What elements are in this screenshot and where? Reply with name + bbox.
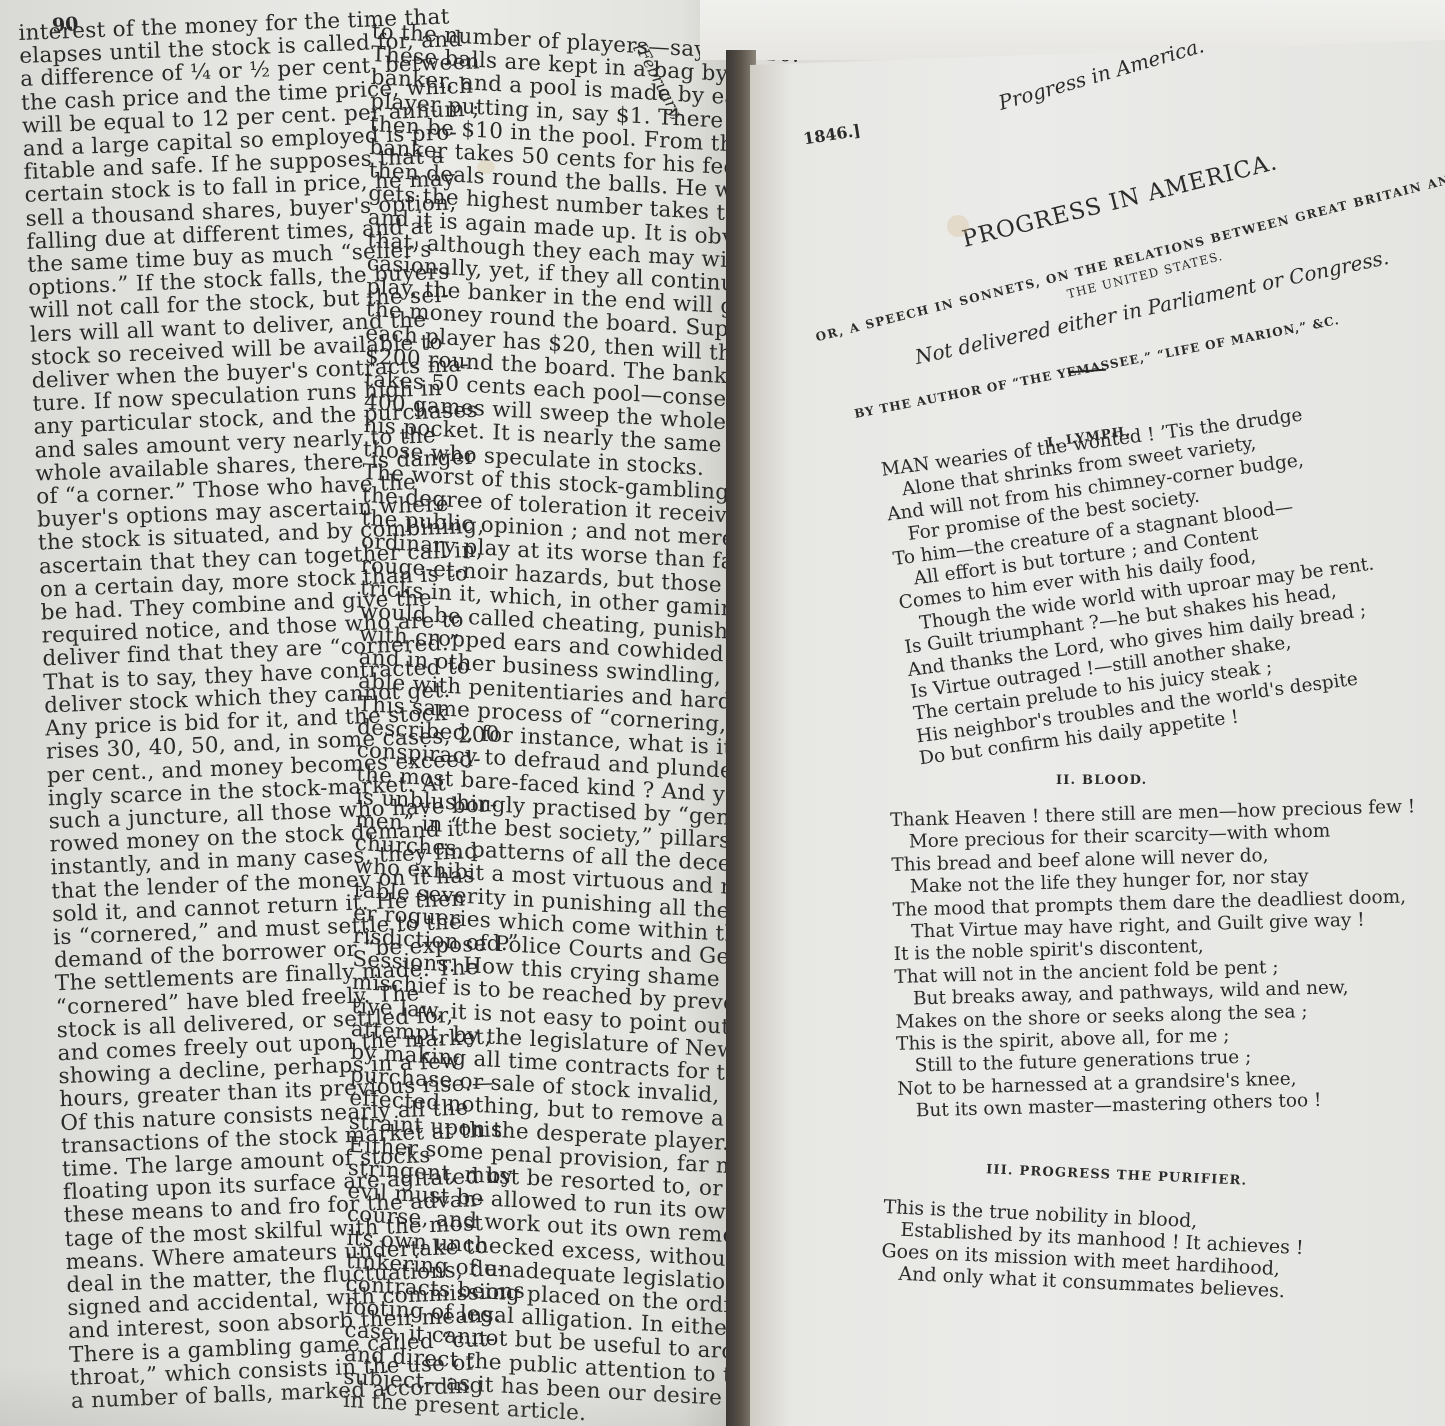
text-line: in the present article. xyxy=(343,1389,673,1426)
page-stain xyxy=(477,160,495,174)
sonnet-1: MAN wearies of the wonted ! ’Tis the dru… xyxy=(880,398,1393,771)
left-page: 90 interest of the money for the time th… xyxy=(0,0,740,1426)
text-line: a number of balls, marked according xyxy=(71,1377,412,1413)
section-heading-2: II. BLOOD. xyxy=(1056,773,1147,788)
page-stain xyxy=(947,215,969,237)
sonnet-2: Thank Heaven ! there still are men—how p… xyxy=(890,796,1423,1123)
text-column-b: to the number of players—say 1 to 10.The… xyxy=(343,20,702,1426)
text-line: subject—as it has been our desire to do xyxy=(343,1365,673,1407)
